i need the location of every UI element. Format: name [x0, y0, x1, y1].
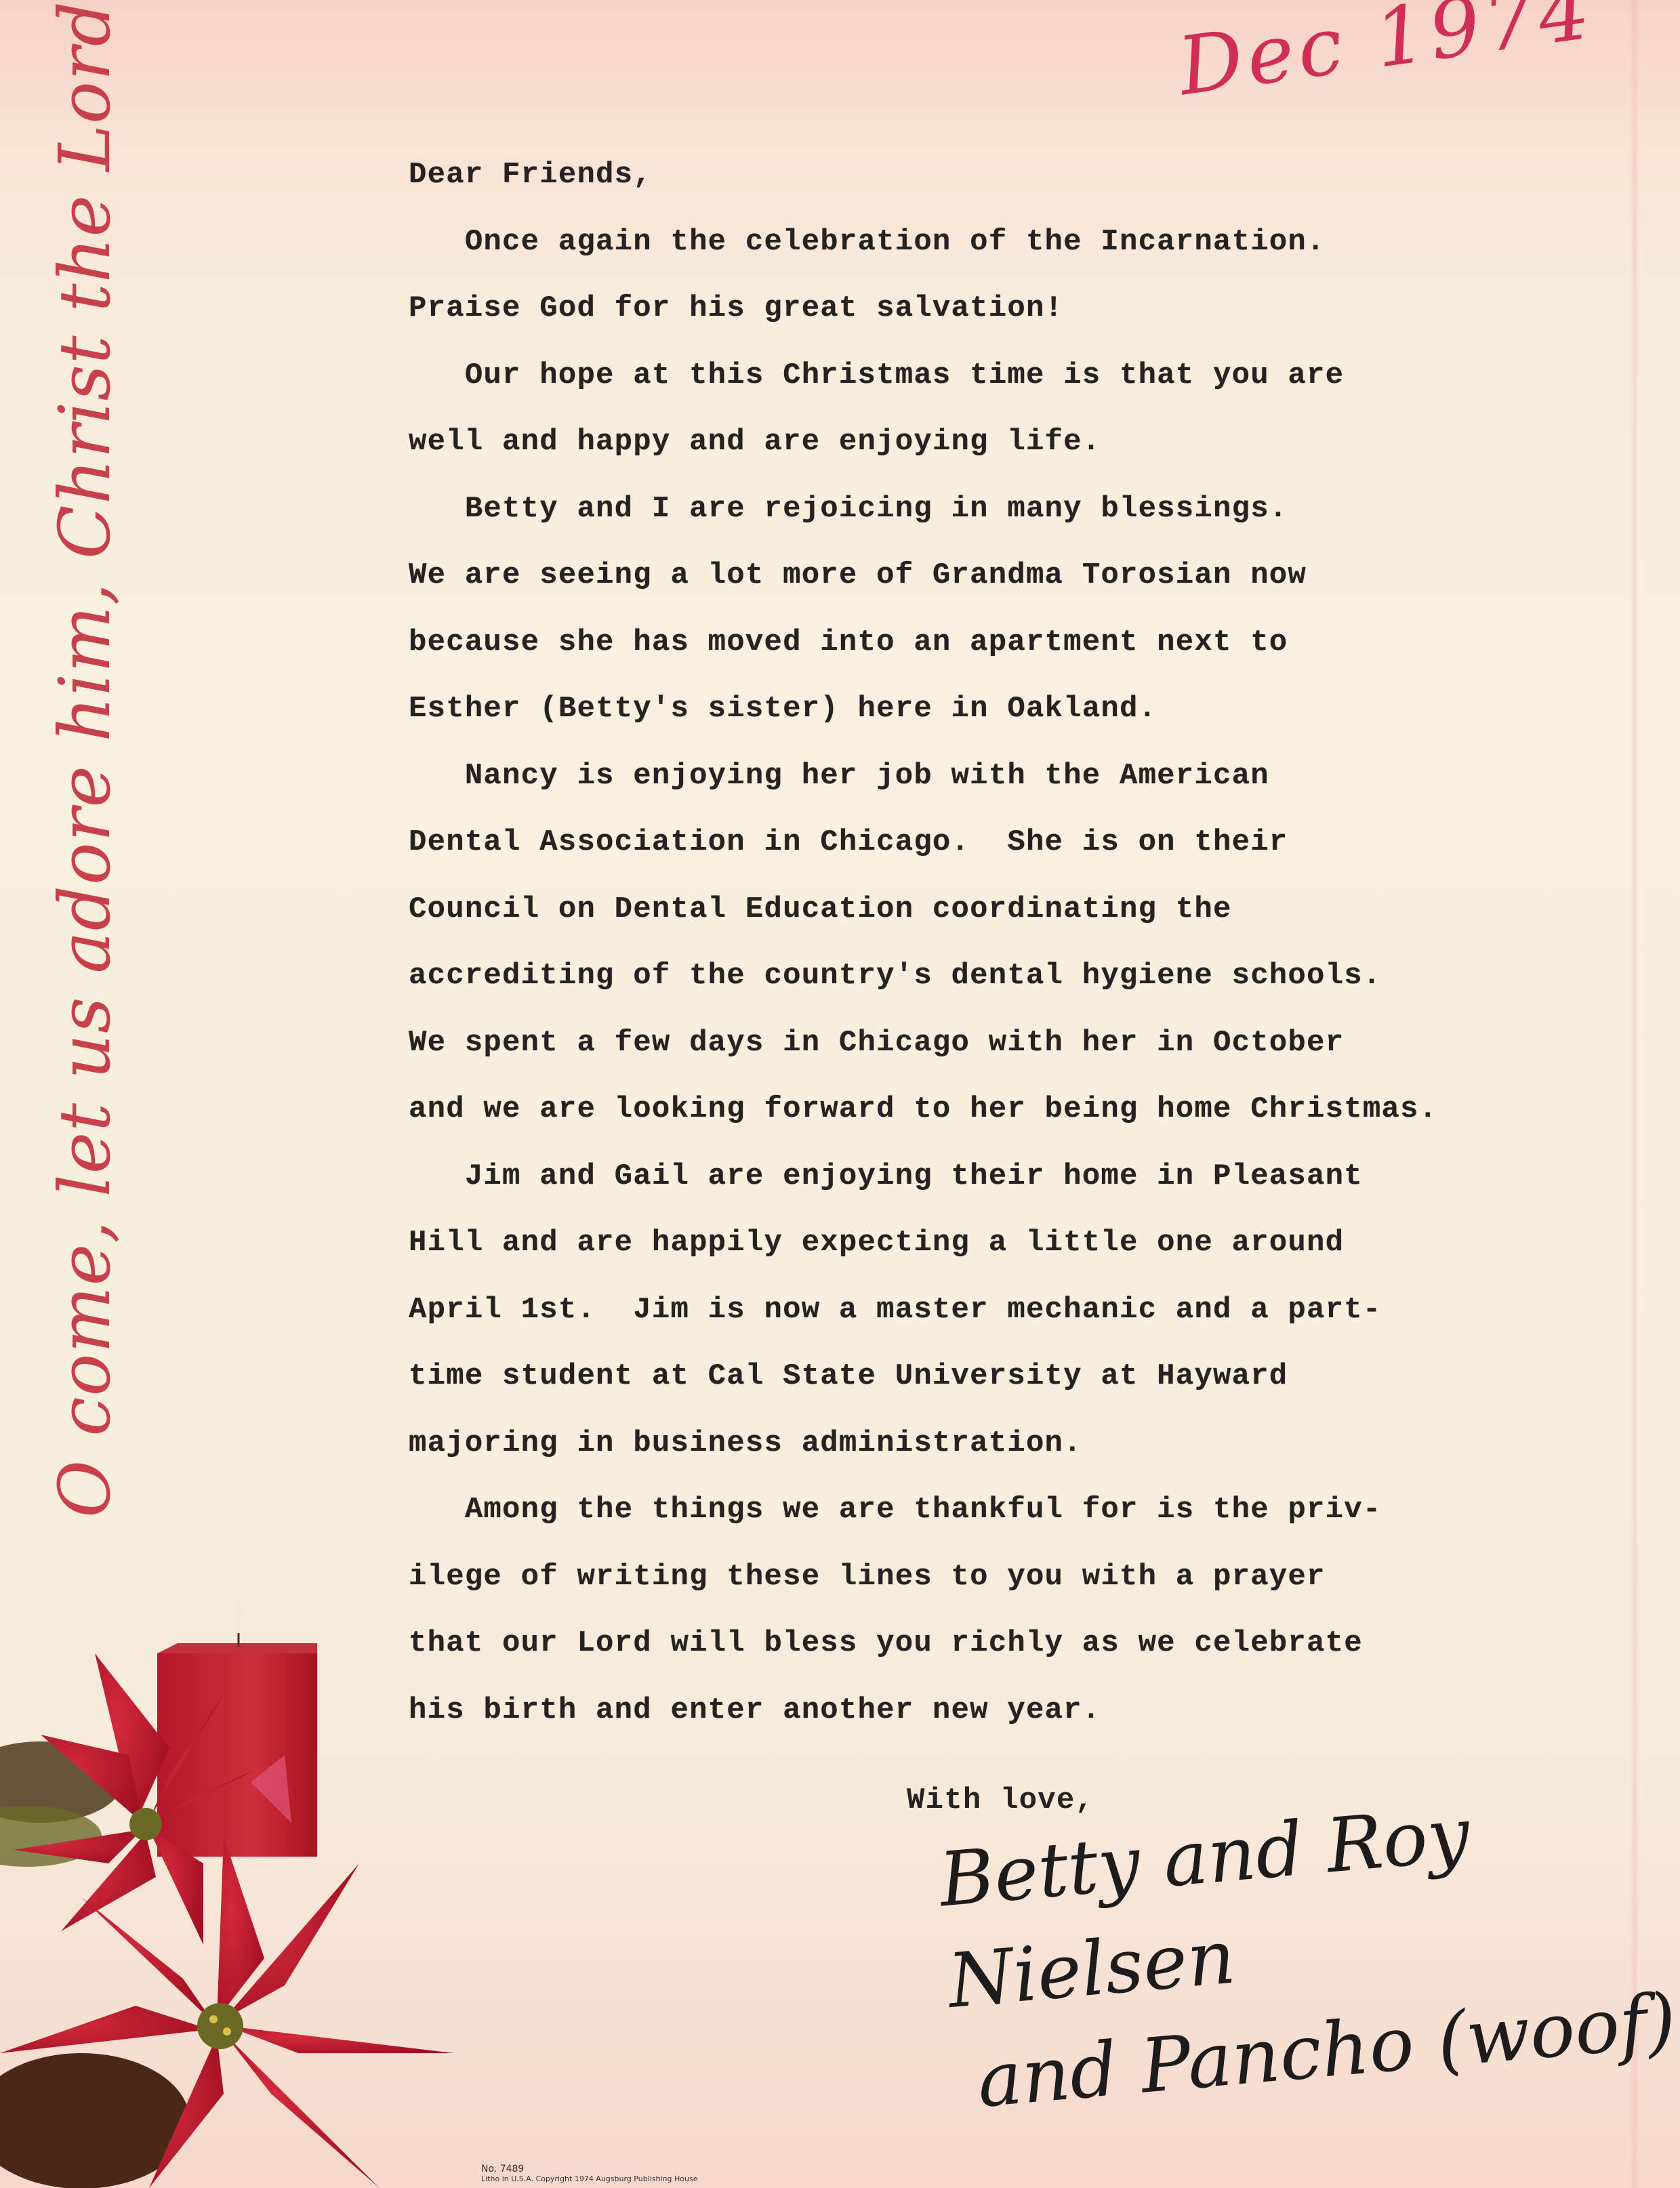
letter-line: Betty and I are rejoicing in many blessi… — [409, 489, 1561, 556]
letter-line: ilege of writing these lines to you with… — [409, 1556, 1561, 1624]
copyright-line: Litho in U.S.A. Copyright 1974 Augsburg … — [481, 2174, 697, 2184]
letter-line: and we are looking forward to her being … — [409, 1089, 1561, 1156]
printer-footer: No. 7489 Litho in U.S.A. Copyright 1974 … — [481, 2164, 697, 2184]
poinsettia-candle-artwork — [0, 1579, 474, 2188]
letter-line: well and happy and are enjoying life. — [409, 421, 1561, 489]
letter-line: that our Lord will bless you richly as w… — [409, 1623, 1561, 1690]
letter-line: Hill and are happily expecting a little … — [409, 1222, 1561, 1289]
candle-icon — [157, 1599, 317, 1857]
letter-line: Praise God for his great salvation! — [409, 288, 1561, 355]
letter-line: Dental Association in Chicago. She is on… — [409, 822, 1561, 889]
letter-line: time student at Cal State University at … — [409, 1356, 1561, 1423]
catalog-number: No. 7489 — [481, 2164, 697, 2174]
letter-line: Nancy is enjoying her job with the Ameri… — [409, 756, 1561, 823]
letter-line: his birth and enter another new year. — [409, 1690, 1561, 1757]
handwritten-signature: Betty and Roy Nielsen and Pancho (woof) — [935, 1764, 1680, 2133]
letter-line: Dear Friends, — [409, 154, 1561, 222]
letter-line: We spent a few days in Chicago with her … — [409, 1023, 1561, 1090]
letter-line: majoring in business administration. — [409, 1423, 1561, 1490]
letter-body: Dear Friends, Once again the celebration… — [409, 154, 1561, 1756]
letter-line: because she has moved into an apartment … — [409, 622, 1561, 689]
letter-line: Once again the celebration of the Incarn… — [409, 222, 1561, 289]
letter-line: April 1st. Jim is now a master mechanic … — [409, 1289, 1561, 1357]
letter-line: Esther (Betty's sister) here in Oakland. — [409, 688, 1561, 756]
side-verse: O come, let us adore him, Christ the Lor… — [34, 1, 136, 1518]
letter-line: accrediting of the country's dental hygi… — [409, 955, 1561, 1023]
handwritten-date: Dec 1974 — [1172, 0, 1599, 113]
letter-line: We are seeing a lot more of Grandma Toro… — [409, 555, 1561, 622]
letter-line: Our hope at this Christmas time is that … — [409, 355, 1561, 422]
letter-line: Jim and Gail are enjoying their home in … — [409, 1156, 1561, 1223]
letter-line: Council on Dental Education coordinating… — [409, 889, 1561, 956]
closing: With love, — [907, 1783, 1094, 1817]
letter-line: Among the things we are thankful for is … — [409, 1489, 1561, 1556]
